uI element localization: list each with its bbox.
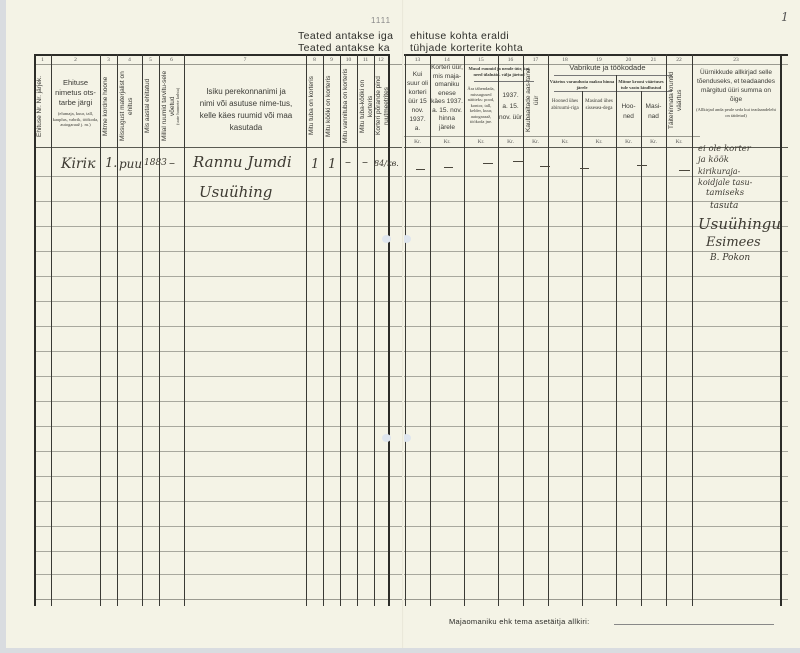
col-number: 23 — [692, 57, 780, 63]
punch-hole — [402, 434, 411, 442]
col10-header: Mitu vannituba on korteris — [342, 68, 356, 144]
col-rule — [523, 54, 524, 606]
group-18-21-rule — [554, 75, 672, 76]
col17-header: Kaubaaitade aas-tane üür — [525, 68, 547, 132]
col20-header: Hoo-ned — [617, 102, 640, 122]
col-rule — [666, 54, 667, 606]
col-rule — [184, 54, 185, 606]
signature-line: koidjale tasu- — [698, 177, 780, 188]
row-rule — [34, 376, 788, 377]
unit-kr: Kr. — [464, 139, 498, 145]
entry-floor-area: 84/кв. — [374, 159, 399, 168]
signature-line: ja köök — [698, 155, 780, 166]
col-rule — [641, 91, 642, 606]
table-top-border-right — [404, 54, 788, 56]
col-number: 3 — [100, 57, 117, 63]
group-15-16-header: Muud ruumid ja nende üür, kui need ülaln… — [465, 66, 533, 77]
entry-year-built: 1883 — [144, 158, 167, 168]
row-rule — [34, 599, 788, 600]
col6-header: Millal ruumid tarvitu-sele võetud (uute … — [161, 68, 183, 144]
col-rule — [51, 54, 52, 606]
col9-header: Mitu kööki on korteris — [325, 68, 339, 144]
entry-dash — [416, 169, 425, 170]
col13-header: Kui suur oli korteri üür 15 nov. 1937. a… — [406, 70, 429, 133]
unit-kr: Kr. — [582, 139, 616, 145]
entry-dash — [679, 170, 690, 171]
signature-line: tamiseks — [698, 188, 780, 199]
punch-hole — [382, 434, 391, 442]
col18-header: Hooned ühes abiruumi-riga — [549, 98, 581, 112]
signature-line: tasuta — [698, 199, 780, 214]
row-rule — [34, 326, 788, 327]
col-number: 5 — [142, 57, 159, 63]
col21-header: Masi-nad — [642, 102, 665, 122]
row-rule — [34, 476, 788, 477]
owner-signature-line[interactable] — [614, 624, 774, 625]
signature-line: B. Pokon — [698, 252, 780, 265]
col-number: 17 — [523, 57, 548, 63]
col-rule — [464, 54, 465, 606]
entry-kitchens: 1 — [328, 157, 336, 172]
title-line2-left: Teated antakse ka — [298, 42, 390, 54]
col23-header: Üürnikkude allkirjad selle tõenduseks, e… — [694, 68, 778, 118]
col-number: 7 — [184, 57, 306, 63]
col-number: 14 — [430, 57, 464, 63]
unit-kr: Kr. — [523, 139, 548, 145]
entry-dash — [513, 161, 524, 162]
unit-kr: Kr. — [430, 139, 464, 145]
col-number: 11 — [357, 57, 374, 63]
stamp-mark: 1111 — [371, 16, 391, 25]
col11-header: Mitu tuba-kööki on korteris — [359, 68, 373, 144]
col6-header-note: (uute hoonete kohta) — [175, 68, 182, 144]
col-rule — [388, 54, 390, 606]
signature-line: kirikuraja- — [698, 166, 780, 177]
col-rule — [692, 54, 693, 606]
entry-dash — [483, 163, 493, 164]
col-number: 13 — [405, 57, 430, 63]
col4-header: Missugust materjalist on ehitus — [119, 68, 141, 144]
kr-row-rule — [404, 136, 700, 137]
col2-header-label: Ehituse nimetus ots-tarbe järgi — [55, 78, 96, 107]
entry-dash — [540, 166, 550, 167]
col2-header: Ehituse nimetus ots-tarbe järgi (elumaja… — [52, 78, 99, 128]
entry-building-type: Kiriк — [61, 156, 95, 172]
title-line2-right: tühjade korterite kohta — [410, 42, 523, 54]
col-number: 6 — [159, 57, 184, 63]
unit-kr: Kr. — [405, 139, 430, 145]
row-rule — [34, 276, 788, 277]
unit-kr: Kr. — [666, 139, 692, 145]
col-rule — [430, 54, 431, 606]
punch-hole — [402, 235, 411, 243]
table-top-border-left — [34, 54, 388, 56]
col-number: 2 — [51, 57, 100, 63]
col-number: 9 — [323, 57, 340, 63]
title-line1-left: Teated antakse iga — [298, 30, 393, 42]
header-bottom-rule — [34, 147, 788, 148]
row-rule — [34, 426, 788, 427]
col-rule — [616, 75, 617, 606]
col7-header: Isiku perekonnanimi ja nimi või asutuse … — [198, 86, 294, 134]
unit-kr: Kr. — [641, 139, 666, 145]
row-rule — [34, 551, 788, 552]
entry-bathrooms: – — [345, 155, 351, 169]
entry-material: puu — [119, 157, 142, 171]
entry-occupied-date: – — [169, 156, 175, 170]
col6-header-label: Millal ruumid tarvitu-sele võetud — [161, 68, 175, 144]
unit-kr: Kr. — [548, 139, 582, 145]
owner-signature-label: Majaomaniku ehk tema asetäitja allkiri: — [449, 617, 590, 626]
col2-header-note: (elumaja, kuur, tall, kauplus, vabrik, t… — [52, 111, 99, 128]
entry-rooms: 1 — [311, 157, 319, 172]
col-number: 1 — [34, 57, 51, 63]
row-rule — [34, 451, 788, 452]
row-rule — [34, 574, 788, 575]
col12-header: Korteri põrande pind ruutmeetrites — [375, 68, 387, 144]
signature-line: ei ole korter — [698, 144, 780, 155]
signature-line: Esimees — [698, 234, 780, 252]
col-number: 10 — [340, 57, 357, 63]
col15-header: Ära tähendada, missugused näitteks: pood… — [465, 86, 497, 125]
entry-room-kitchens: – — [362, 155, 368, 169]
row-rule — [34, 201, 788, 202]
punch-hole — [382, 235, 391, 243]
col8-header: Mitu tuba on korteris — [308, 68, 322, 144]
col-number: 4 — [117, 57, 142, 63]
col5-header: Mis aastal ehitatud — [144, 68, 158, 144]
col-rule — [498, 54, 499, 606]
row-rule — [34, 401, 788, 402]
col22-header: Täitehinnata kruntid väärtus — [668, 68, 690, 132]
signature-line: Usuühingu — [698, 214, 780, 234]
group-18-21-sub-rule — [554, 91, 672, 92]
entry-dash — [637, 165, 647, 166]
col-number: 15 — [464, 57, 498, 63]
group-20-21-header: Mitme kroosi väärtuses tule vastu kindlu… — [617, 79, 665, 90]
row-rule — [34, 526, 788, 527]
col-rule — [548, 54, 549, 606]
col1-header: Ehituse Nr. Nr. järjek. — [36, 68, 50, 144]
col3-header: Mitme kordne hoone — [102, 68, 116, 144]
col14-header: Korteri üür, mis maja-omaniku enese käes… — [431, 64, 463, 132]
col16-header: 1937. a. 15. nov. üür — [499, 90, 522, 123]
col-number: 12 — [374, 57, 388, 63]
col-rule — [405, 54, 406, 606]
unit-kr: Kr. — [498, 139, 523, 145]
col-number: 16 — [498, 57, 523, 63]
unit-kr: Kr. — [616, 139, 641, 145]
col-number: 8 — [306, 57, 323, 63]
entry-floors: 1. — [105, 156, 117, 171]
entry-occupant-line2: Usuühing — [199, 183, 272, 201]
entry-dash — [444, 167, 453, 168]
entry-occupant-line1: Rannu Jumdi — [193, 153, 292, 171]
group-18-21-header: Vabrikute ja töökodade — [549, 63, 666, 73]
row-rule — [34, 301, 788, 302]
col-rule — [780, 54, 782, 606]
colnum-row-rule — [34, 64, 788, 65]
page-number: 1 — [781, 10, 789, 24]
row-rule — [34, 351, 788, 352]
entry-dash — [580, 168, 589, 169]
document-page: 1111 1 Teated antakse iga ehituse kohta … — [6, 0, 800, 648]
group-18-19-header: Väärtus varandusta maksu hinna järele — [549, 79, 615, 90]
entry-tenant-signatures: ei ole korter ja köök kirikuraja- koidja… — [698, 144, 780, 265]
title-line1-right: ehituse kohta eraldi — [410, 30, 509, 42]
col23-header-label: Üürnikkude allkirjad selle tõenduseks, e… — [697, 69, 775, 103]
col-number: 22 — [666, 57, 692, 63]
col19-header: Masinad ühes sisseseа-dega — [583, 98, 615, 112]
row-rule — [34, 251, 788, 252]
row-rule — [34, 176, 788, 177]
row-rule — [34, 501, 788, 502]
col23-header-note: (Allkirjad anda peale seda kui teadaande… — [694, 107, 778, 118]
row-rule — [34, 226, 788, 227]
